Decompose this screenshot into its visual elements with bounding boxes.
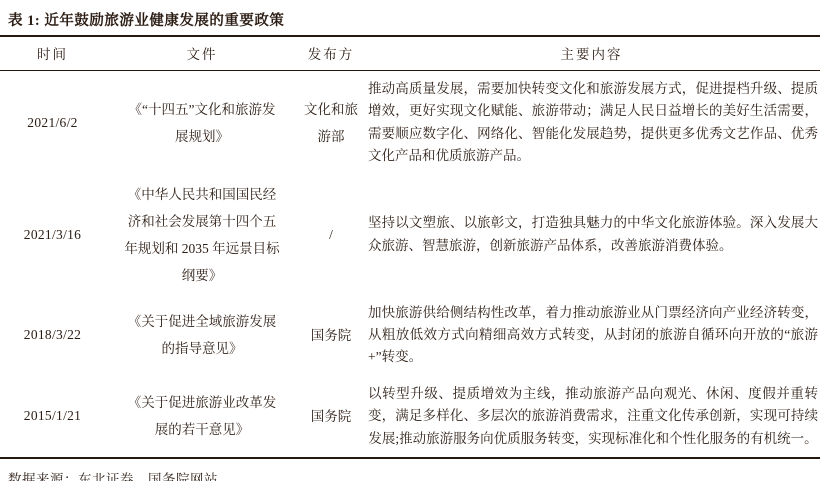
table-row: 2021/6/2 《“十四五”文化和旅游发展规划》 文化和旅游部 推动高质量发展… bbox=[0, 71, 820, 175]
data-source: 数据来源：东北证券，国务院网站 bbox=[0, 459, 820, 481]
table-row: 2015/1/21 《关于促进旅游业改革发展的若干意见》 国务院 以转型升级、提… bbox=[0, 376, 820, 458]
policy-publisher: 国务院 bbox=[299, 295, 363, 376]
policy-content: 坚持以文塑旅、以旅彰文，打造独具魅力的中华文化旅游体验。深入发展大众旅游、智慧旅… bbox=[363, 175, 820, 295]
policy-content: 推动高质量发展，需要加快转变文化和旅游发展方式，促进提档升级、提质增效，更好实现… bbox=[363, 71, 820, 175]
policy-publisher: 文化和旅游部 bbox=[299, 71, 363, 175]
table-row: 2021/3/16 《中华人民共和国国民经济和社会发展第十四个五年规划和 203… bbox=[0, 175, 820, 295]
policy-content: 加快旅游供给侧结构性改革，着力推动旅游业从门票经济向产业经济转变，从粗放低效方式… bbox=[363, 295, 820, 376]
policy-table: 时间 文件 发布方 主要内容 2021/6/2 《“十四五”文化和旅游发展规划》… bbox=[0, 35, 820, 459]
policy-publisher: 国务院 bbox=[299, 376, 363, 458]
policy-date: 2021/3/16 bbox=[0, 175, 105, 295]
policy-date: 2021/6/2 bbox=[0, 71, 105, 175]
column-header-publisher: 发布方 bbox=[299, 36, 363, 71]
policy-document: 《中华人民共和国国民经济和社会发展第十四个五年规划和 2035 年远景目标纲要》 bbox=[105, 175, 299, 295]
policy-document: 《关于促进全域旅游发展的指导意见》 bbox=[105, 295, 299, 376]
policy-document: 《关于促进旅游业改革发展的若干意见》 bbox=[105, 376, 299, 458]
table-title: 表 1: 近年鼓励旅游业健康发展的重要政策 bbox=[0, 7, 820, 35]
column-header-document: 文件 bbox=[105, 36, 299, 71]
policy-date: 2015/1/21 bbox=[0, 376, 105, 458]
policy-publisher: / bbox=[299, 175, 363, 295]
policy-content: 以转型升级、提质增效为主线，推动旅游产品向观光、休闲、度假并重转变，满足多样化、… bbox=[363, 376, 820, 458]
column-header-main-content: 主要内容 bbox=[363, 36, 820, 71]
policy-document: 《“十四五”文化和旅游发展规划》 bbox=[105, 71, 299, 175]
table-row: 2018/3/22 《关于促进全域旅游发展的指导意见》 国务院 加快旅游供给侧结… bbox=[0, 295, 820, 376]
policy-date: 2018/3/22 bbox=[0, 295, 105, 376]
report-table-page: 表 1: 近年鼓励旅游业健康发展的重要政策 时间 文件 发布方 主要内容 202… bbox=[0, 0, 820, 481]
header-row: 时间 文件 发布方 主要内容 bbox=[0, 36, 820, 71]
column-header-time: 时间 bbox=[0, 36, 105, 71]
